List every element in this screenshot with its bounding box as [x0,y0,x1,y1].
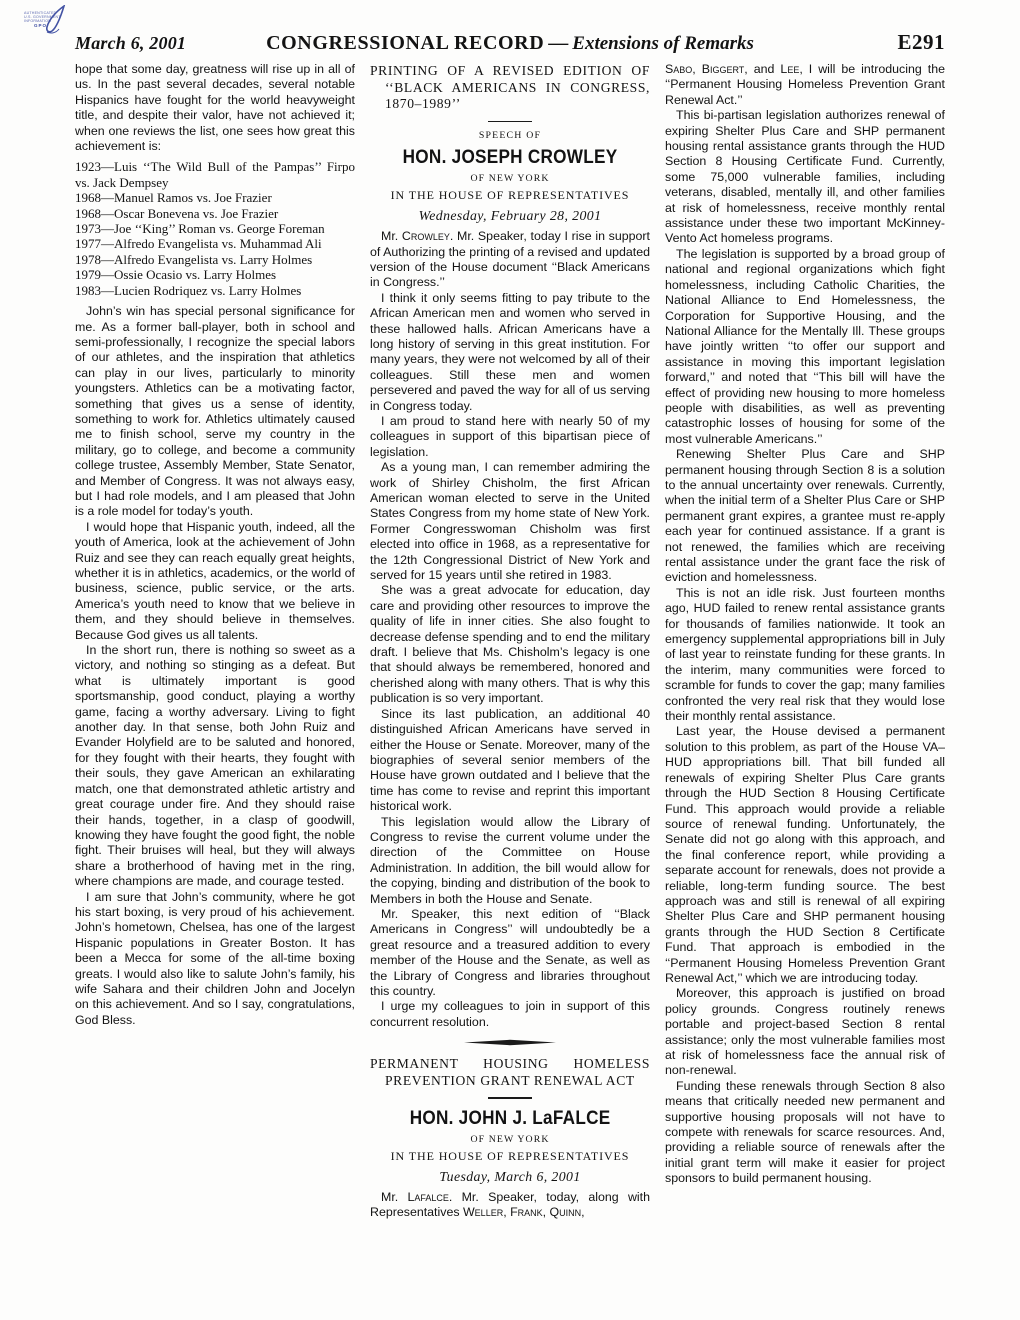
text-segment: hope that some day, greatness will rise … [75,62,355,153]
paragraph: She was a great advocate for education, … [370,583,650,706]
paragraph: hope that some day, greatness will rise … [75,62,355,154]
text-segment: 1968—Oscar Bonevena vs. Joe Frazier [75,206,278,221]
text-segment: John’s win has special personal signific… [75,304,355,518]
header-date: March 6, 2001 [75,33,266,54]
article2-body: Mr. Crowley. Mr. Speaker, today I rise i… [370,229,650,1030]
paragraph: This is not an idle risk. Just fourteen … [665,586,945,725]
paragraph: 1977—Alfredo Evangelista vs. Muhammad Al… [75,236,355,251]
text-segment: Funding these renewals through Section 8… [665,1079,945,1185]
smallcaps-text: Lafalce [407,1190,448,1204]
title-rule [488,121,532,123]
text-segment: This is not an idle risk. Just fourteen … [665,586,945,723]
paragraph: This legislation would allow the Library… [370,815,650,907]
text-segment: 1923—Luis ‘‘The Wild Bull of the Pampas’… [75,159,355,189]
article3-title: PERMANENT HOUSING HOMELESS PREVENTION GR… [370,1056,650,1089]
paragraph: I urge my colleagues to join in support … [370,999,650,1030]
article2-state: OF NEW YORK [370,173,650,184]
paragraph: 1968—Manuel Ramos vs. Joe Frazier [75,190,355,205]
text-segment: As a young man, I can remember admiring … [370,460,650,582]
article2-title: PRINTING OF A REVISED EDITION OF ‘‘BLACK… [370,63,650,113]
paragraph: Last year, the House devised a permanent… [665,724,945,986]
paragraph: I am sure that John’s community, where h… [75,890,355,1029]
header-page-number: E291 [754,30,945,55]
article2-chamber: IN THE HOUSE OF REPRESENTATIVES [370,188,650,203]
article3-body-start: Mr. Lafalce. Mr. Speaker, today, along w… [370,1190,650,1221]
text-segment: 1978—Alfredo Evangelista vs. Larry Holme… [75,252,312,267]
paragraph: Mr. Crowley. Mr. Speaker, today I rise i… [370,229,650,291]
text-segment: Mr. [381,1190,407,1204]
section-divider-icon [464,1039,556,1046]
paragraph: 1968—Oscar Bonevena vs. Joe Frazier [75,206,355,221]
column-3: Sabo, Biggert, and Lee, I will be introd… [665,62,945,1314]
paragraph: 1978—Alfredo Evangelista vs. Larry Holme… [75,252,355,267]
paragraph: Moreover, this approach is justified on … [665,986,945,1078]
paragraph: I would hope that Hispanic youth, indeed… [75,520,355,643]
text-segment: The legislation is supported by a broad … [665,247,945,446]
smallcaps-text: Weller, Frank, Quinn, [463,1205,585,1219]
text-segment: 1968—Manuel Ramos vs. Joe Frazier [75,190,272,205]
article2-speaker: HON. JOSEPH CROWLEY [370,146,650,169]
text-segment: In the short run, there is nothing so sw… [75,643,355,888]
text-segment: and [748,62,781,76]
header-title: CONGRESSIONAL RECORD — Extensions of Rem… [266,32,754,55]
paragraph: Renewing Shelter Plus Care and SHP perma… [665,447,945,586]
article3-state: OF NEW YORK [370,1134,650,1145]
text-segment: 1979—Ossie Ocasio vs. Larry Holmes [75,267,276,282]
paragraph: 1979—Ossie Ocasio vs. Larry Holmes [75,267,355,282]
article1-intro: hope that some day, greatness will rise … [75,62,355,154]
paragraph: Mr. Lafalce. Mr. Speaker, today, along w… [370,1190,650,1221]
smallcaps-text: Lee [780,62,799,76]
article2-speech-of: SPEECH OF [370,130,650,141]
header-title-separator: — [544,32,572,54]
smallcaps-text: Crowley [402,229,450,243]
paragraph: I think it only seems fitting to pay tri… [370,291,650,414]
paragraph: Funding these renewals through Section 8… [665,1079,945,1187]
text-segment: I urge my colleagues to join in support … [370,999,650,1028]
article2-speaker-name: HON. JOSEPH CROWLEY [403,146,618,169]
text-columns: hope that some day, greatness will rise … [75,62,945,1314]
column-2: PRINTING OF A REVISED EDITION OF ‘‘BLACK… [370,62,650,1314]
paragraph: I am proud to stand here with nearly 50 … [370,414,650,460]
text-segment: This bi-partisan legislation authorizes … [665,108,945,245]
paragraph: 1983—Lucien Rodriquez vs. Larry Holmes [75,283,355,298]
paragraph: The legislation is supported by a broad … [665,247,945,447]
article3-body-continued: Sabo, Biggert, and Lee, I will be introd… [665,62,945,1187]
text-segment: I am proud to stand here with nearly 50 … [370,414,650,459]
paragraph: Mr. Speaker, this next edition of ‘‘Blac… [370,907,650,999]
smallcaps-text: Sabo, Biggert, [665,62,748,76]
article1-body: John’s win has special personal signific… [75,304,355,1028]
text-segment: This legislation would allow the Library… [370,815,650,906]
paragraph: This bi-partisan legislation authorizes … [665,108,945,247]
paragraph: 1923—Luis ‘‘The Wild Bull of the Pampas’… [75,159,355,190]
title-rule [488,1097,532,1099]
text-segment: 1983—Lucien Rodriquez vs. Larry Holmes [75,283,301,298]
article2-date: Wednesday, February 28, 2001 [370,208,650,224]
column-1: hope that some day, greatness will rise … [75,62,355,1314]
text-segment: Mr. [381,229,402,243]
text-segment: 1977—Alfredo Evangelista vs. Muhammad Al… [75,236,322,251]
text-segment: Since its last publication, an additiona… [370,707,650,813]
congressional-record-page: AUTHENTICATED U.S. GOVERNMENT INFORMATIO… [0,0,1020,1320]
paragraph: Since its last publication, an additiona… [370,707,650,815]
gpo-authenticated-seal: AUTHENTICATED U.S. GOVERNMENT INFORMATIO… [24,5,70,41]
text-segment: Mr. Speaker, this next edition of ‘‘Blac… [370,907,650,998]
text-segment: Last year, the House devised a permanent… [665,724,945,985]
paragraph: 1973—Joe ‘‘King’’ Roman vs. George Forem… [75,221,355,236]
paragraph: As a young man, I can remember admiring … [370,460,650,583]
article3-date: Tuesday, March 6, 2001 [370,1169,650,1185]
page-header: March 6, 2001 CONGRESSIONAL RECORD — Ext… [75,30,945,58]
text-segment: 1973—Joe ‘‘King’’ Roman vs. George Forem… [75,221,325,236]
text-segment: Moreover, this approach is justified on … [665,986,945,1077]
heavyweight-fight-list: 1923—Luis ‘‘The Wild Bull of the Pampas’… [75,159,355,298]
header-title-main: CONGRESSIONAL RECORD [266,32,544,54]
article3-chamber: IN THE HOUSE OF REPRESENTATIVES [370,1149,650,1164]
text-segment: I would hope that Hispanic youth, indeed… [75,520,355,642]
gpo-swoosh-icon [42,5,68,39]
text-segment: She was a great advocate for education, … [370,583,650,705]
text-segment: I am sure that John’s community, where h… [75,890,355,1027]
paragraph: John’s win has special personal signific… [75,304,355,520]
text-segment: I think it only seems fitting to pay tri… [370,291,650,413]
article3-speaker: HON. JOHN J. LaFALCE [370,1107,650,1130]
paragraph: Sabo, Biggert, and Lee, I will be introd… [665,62,945,108]
paragraph: In the short run, there is nothing so sw… [75,643,355,890]
text-segment: Renewing Shelter Plus Care and SHP perma… [665,447,945,584]
article3-speaker-name: HON. JOHN J. LaFALCE [410,1107,611,1130]
header-title-suffix: Extensions of Remarks [572,33,754,54]
